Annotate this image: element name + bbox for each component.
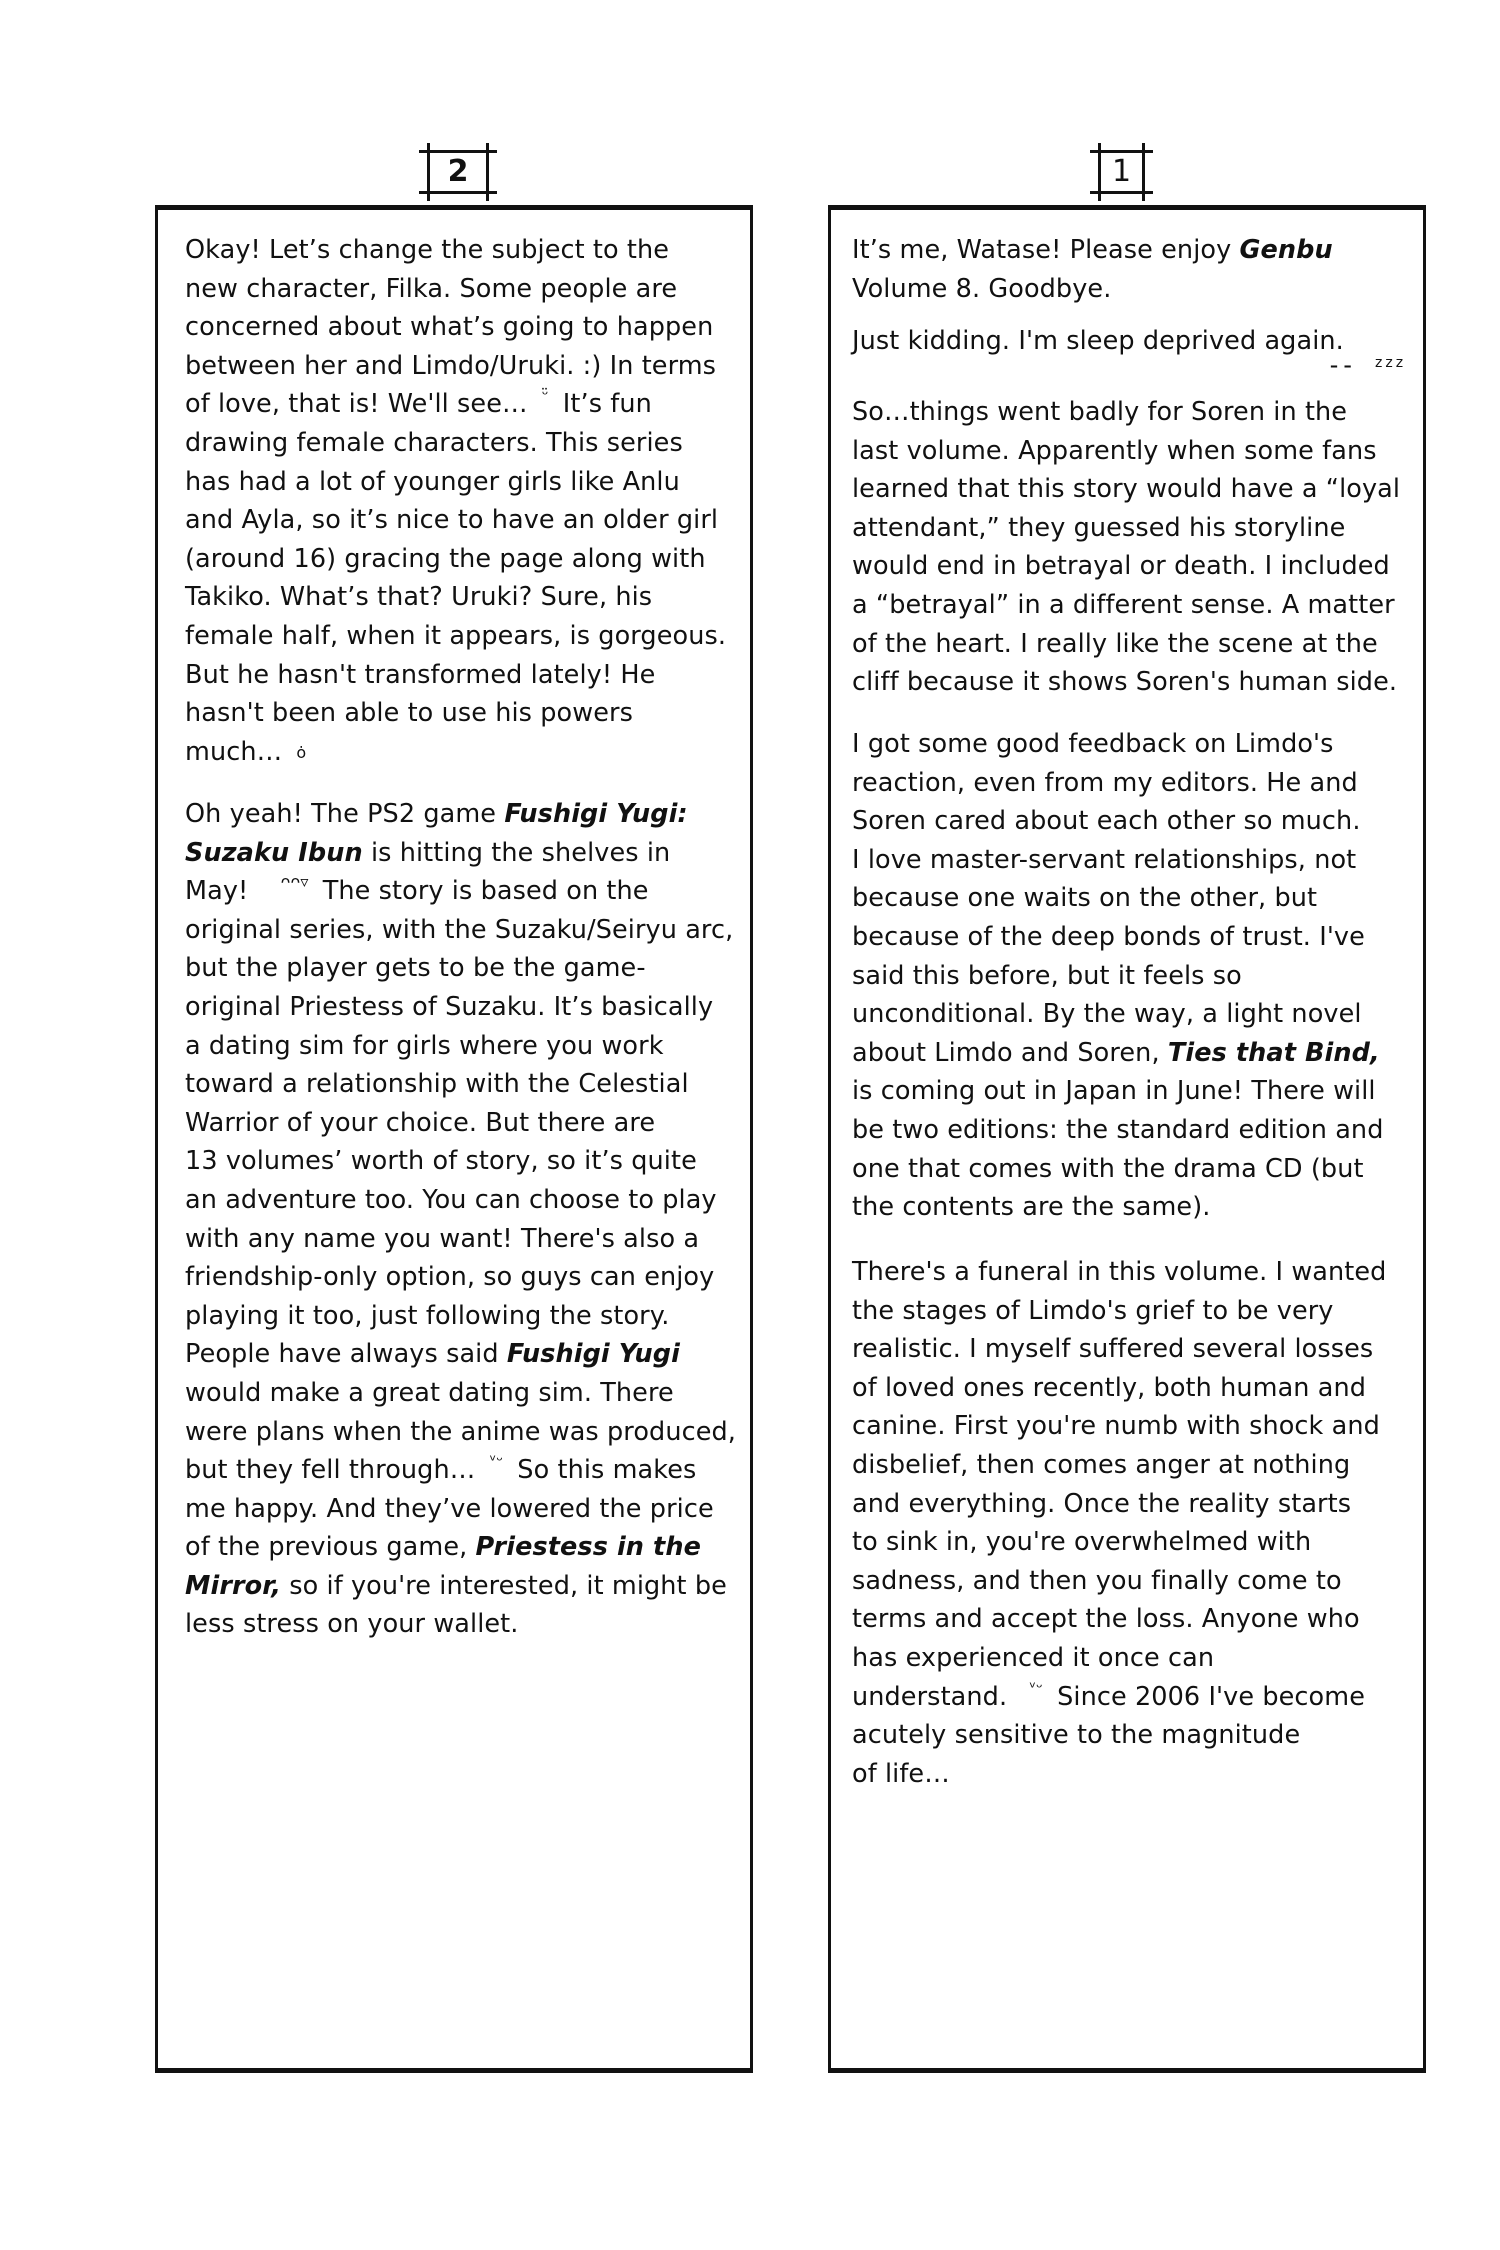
text-fragment: So this makes — [517, 1455, 696, 1485]
text-line: Oh yeah! The PS2 game Fushigi Yugi: — [185, 795, 736, 834]
text-fragment: The story is based on the — [323, 876, 649, 906]
right-paragraph-1: It’s me, Watase! Please enjoy Genbu Volu… — [852, 231, 1333, 308]
text-line: but they fell through… ᵛᵕ So this makes — [185, 1451, 736, 1490]
page-number-1-label: 1 — [1112, 157, 1131, 187]
text-fragment: about Limdo and Soren, — [852, 1038, 1160, 1068]
text-fragment: Oh yeah! The PS2 game — [185, 799, 496, 829]
text-line: friendship-only option, so guys can enjo… — [185, 1258, 736, 1297]
text-line: but the player gets to be the game- — [185, 949, 736, 988]
text-line: canine. First you're numb with shock and — [852, 1407, 1386, 1446]
game-title: Fushigi Yugi: — [504, 799, 687, 829]
text-line: one that comes with the drama CD (but — [852, 1150, 1383, 1189]
text-fragment: of love, that is! We'll see… — [185, 389, 528, 419]
game-title: Mirror, — [185, 1571, 281, 1601]
text-line: of life… — [852, 1755, 1386, 1794]
page-number-2-label: 2 — [448, 157, 469, 187]
sleepy-eyes-icon: – – — [1330, 356, 1352, 375]
text-line: concerned about what’s going to happen — [185, 308, 726, 347]
text-fragment: but they fell through… — [185, 1455, 475, 1485]
text-fragment: It’s fun — [563, 389, 652, 419]
text-line: the contents are the same). — [852, 1188, 1383, 1227]
text-line: of the heart. I really like the scene at… — [852, 625, 1400, 664]
text-line: Okay! Let’s change the subject to the — [185, 231, 726, 270]
text-line: last volume. Apparently when some fans — [852, 432, 1400, 471]
text-line: be two editions: the standard edition an… — [852, 1111, 1383, 1150]
text-line: and everything. Once the reality starts — [852, 1485, 1386, 1524]
text-line: original series, with the Suzaku/Seiryu … — [185, 911, 736, 950]
smirk-emote-icon: ᵕ̈ — [542, 385, 549, 405]
text-fragment: It’s me, Watase! Please enjoy — [852, 235, 1231, 265]
text-line: were plans when the anime was produced, — [185, 1413, 736, 1452]
text-line: and Ayla, so it’s nice to have an older … — [185, 501, 726, 540]
text-fragment: of the previous game, — [185, 1532, 467, 1562]
text-line: I love master-servant relationships, not — [852, 841, 1383, 880]
right-paragraph-3: So…things went badly for Soren in the la… — [852, 393, 1400, 702]
text-line: has had a lot of younger girls like Anlu — [185, 463, 726, 502]
text-line: because one waits on the other, but — [852, 879, 1383, 918]
sweat-emote-icon: ᵛᵕ — [490, 1451, 504, 1471]
text-line: unconditional. By the way, a light novel — [852, 995, 1383, 1034]
text-fragment: understand. — [852, 1682, 1007, 1712]
right-paragraph-4: I got some good feedback on Limdo's reac… — [852, 725, 1383, 1227]
left-paragraph-1: Okay! Let’s change the subject to the ne… — [185, 231, 726, 771]
text-fragment: Since 2006 I've become — [1057, 1682, 1365, 1712]
sweat-emote-icon: ᵛᵕ — [1029, 1678, 1043, 1698]
grin-emote-icon: ᴖᴖ▿ — [281, 872, 309, 892]
game-title: Priestess in the — [476, 1532, 701, 1562]
novel-title: Ties that Bind, — [1168, 1038, 1380, 1068]
text-line: female half, when it appears, is gorgeou… — [185, 617, 726, 656]
text-line: new character, Filka. Some people are — [185, 270, 726, 309]
game-title: Suzaku Ibun — [185, 838, 363, 868]
text-line: Volume 8. Goodbye. — [852, 270, 1333, 309]
text-line: sadness, and then you finally come to — [852, 1562, 1386, 1601]
left-paragraph-2: Oh yeah! The PS2 game Fushigi Yugi: Suza… — [185, 795, 736, 1644]
text-line: understand. ᵛᵕ Since 2006 I've become — [852, 1678, 1386, 1717]
text-line: to sink in, you're overwhelmed with — [852, 1523, 1386, 1562]
text-line: less stress on your wallet. — [185, 1605, 736, 1644]
text-line: me happy. And they’ve lowered the price — [185, 1490, 736, 1529]
text-line: a dating sim for girls where you work — [185, 1027, 736, 1066]
text-line: realistic. I myself suffered several los… — [852, 1330, 1386, 1369]
text-line: is coming out in Japan in June! There wi… — [852, 1072, 1383, 1111]
text-line: an adventure too. You can choose to play — [185, 1181, 736, 1220]
text-line: about Limdo and Soren, Ties that Bind, — [852, 1034, 1383, 1073]
text-fragment: so if you're interested, it might be — [289, 1571, 727, 1601]
text-line: acutely sensitive to the magnitude — [852, 1716, 1386, 1755]
zzz-icon: zzz — [1375, 355, 1406, 371]
text-line: the stages of Limdo's grief to be very — [852, 1292, 1386, 1331]
page-number-2: 2 — [419, 150, 497, 194]
text-line: terms and accept the loss. Anyone who — [852, 1600, 1386, 1639]
text-line: Mirror, so if you're interested, it migh… — [185, 1567, 736, 1606]
text-line: of love, that is! We'll see… ᵕ̈ It’s fun — [185, 385, 726, 424]
text-line: toward a relationship with the Celestial — [185, 1065, 736, 1104]
text-line: People have always said Fushigi Yugi — [185, 1335, 736, 1374]
text-line: much… ȯ — [185, 733, 726, 772]
text-line: May! ᴖᴖ▿ The story is based on the — [185, 872, 736, 911]
text-line: a “betrayal” in a different sense. A mat… — [852, 586, 1400, 625]
text-line: would end in betrayal or death. I includ… — [852, 547, 1400, 586]
text-line: because of the deep bonds of trust. I've — [852, 918, 1383, 957]
right-paragraph-2: Just kidding. I'm sleep deprived again. — [852, 322, 1344, 361]
text-line: said this before, but it feels so — [852, 957, 1383, 996]
text-line: drawing female characters. This series — [185, 424, 726, 463]
text-line: original Priestess of Suzaku. It’s basic… — [185, 988, 736, 1027]
text-line: cliff because it shows Soren's human sid… — [852, 663, 1400, 702]
text-line: There's a funeral in this volume. I want… — [852, 1253, 1386, 1292]
text-line: Just kidding. I'm sleep deprived again. — [852, 322, 1344, 361]
text-line: between her and Limdo/Uruki. :) In terms — [185, 347, 726, 386]
text-line: would make a great dating sim. There — [185, 1374, 736, 1413]
text-line: Suzaku Ibun is hitting the shelves in — [185, 834, 736, 873]
text-line: So…things went badly for Soren in the — [852, 393, 1400, 432]
text-line: of loved ones recently, both human and — [852, 1369, 1386, 1408]
text-line: reaction, even from my editors. He and — [852, 764, 1383, 803]
text-fragment: is hitting the shelves in — [371, 838, 670, 868]
text-line: attendant,” they guessed his storyline — [852, 509, 1400, 548]
text-fragment: much… — [185, 737, 282, 767]
sweat-drop-icon: ȯ — [296, 743, 306, 763]
text-line: I got some good feedback on Limdo's — [852, 725, 1383, 764]
series-title: Genbu — [1240, 235, 1333, 265]
text-line: of the previous game, Priestess in the — [185, 1528, 736, 1567]
text-line: Takiko. What’s that? Uruki? Sure, his — [185, 578, 726, 617]
text-line: disbelief, then comes anger at nothing — [852, 1446, 1386, 1485]
text-line: It’s me, Watase! Please enjoy Genbu — [852, 231, 1333, 270]
text-line: with any name you want! There's also a — [185, 1220, 736, 1259]
text-line: playing it too, just following the story… — [185, 1297, 736, 1336]
text-fragment: People have always said — [185, 1339, 499, 1369]
series-title: Fushigi Yugi — [507, 1339, 680, 1369]
text-line: has experienced it once can — [852, 1639, 1386, 1678]
page-number-1: 1 — [1090, 150, 1153, 194]
text-line: Soren cared about each other so much. — [852, 802, 1383, 841]
text-line: (around 16) gracing the page along with — [185, 540, 726, 579]
text-line: Warrior of your choice. But there are — [185, 1104, 736, 1143]
text-line: 13 volumes’ worth of story, so it’s quit… — [185, 1142, 736, 1181]
text-line: hasn't been able to use his powers — [185, 694, 726, 733]
text-fragment: May! — [185, 876, 248, 906]
text-line: But he hasn't transformed lately! He — [185, 656, 726, 695]
right-paragraph-5: There's a funeral in this volume. I want… — [852, 1253, 1386, 1793]
text-line: learned that this story would have a “lo… — [852, 470, 1400, 509]
